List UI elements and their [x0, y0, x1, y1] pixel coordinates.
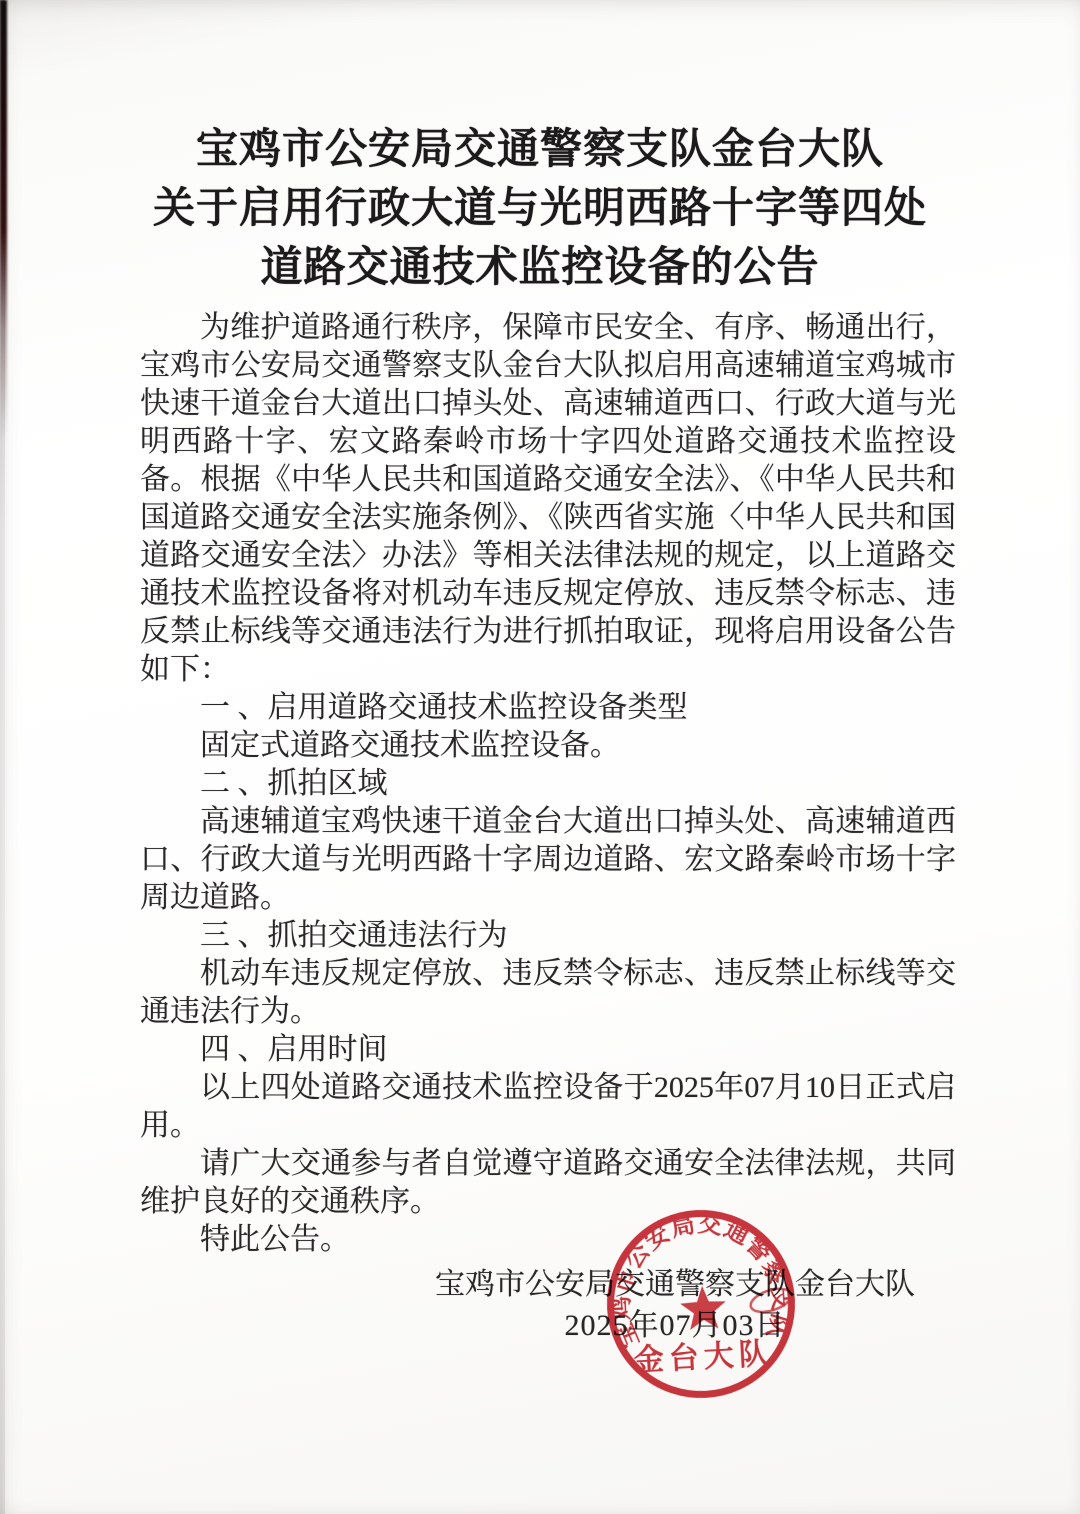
title-line-2: 关于启用行政大道与光明西路十字等四处: [0, 180, 1080, 239]
paragraph-section-4: 以上四处道路交通技术监控设备于2025年07月10日正式启用。: [140, 1069, 956, 1145]
paragraph-section-1: 固定式道路交通技术监控设备。: [140, 727, 956, 765]
heading-section-3: 三 、抓拍交通违法行为: [140, 917, 956, 955]
paragraph-closing-notice: 特此公告。: [140, 1221, 956, 1259]
seal-star-icon: [679, 1285, 727, 1331]
seal-ring-text-holder: 宝鸡市公安局交通警察支队: [603, 1206, 796, 1353]
seal-bottom-text: 金台大队: [633, 1337, 775, 1377]
heading-section-1: 一 、启用道路交通技术监控设备类型: [140, 689, 956, 727]
heading-section-4: 四 、启用时间: [140, 1031, 956, 1069]
title-line-1: 宝鸡市公安局交通警察支队金台大队: [0, 121, 1080, 180]
paragraph-closing-appeal: 请广大交通参与者自觉遵守道路交通安全法律法规，共同维护良好的交通秩序。: [140, 1145, 956, 1221]
document-body: 为维护道路通行秩序，保障市民安全、有序、畅通出行，宝鸡市公安局交通警察支队金台大…: [140, 309, 956, 1259]
heading-section-2: 二 、抓拍区域: [140, 765, 956, 803]
paragraph-section-2: 高速辅道宝鸡快速干道金台大道出口掉头处、高速辅道西口、行政大道与光明西路十字周边…: [140, 803, 956, 917]
photo-edge-shadow: [0, 0, 5, 1514]
paragraph-section-3: 机动车违反规定停放、违反禁令标志、违反禁止标线等交通违法行为。: [140, 955, 956, 1031]
title-line-3: 道路交通技术监控设备的公告: [0, 239, 1080, 298]
official-seal: 宝鸡市公安局交通警察支队 金台大队: [598, 1201, 804, 1407]
announcement-document: 宝鸡市公安局交通警察支队金台大队 关于启用行政大道与光明西路十字等四处 道路交通…: [0, 0, 1080, 1514]
seal-ring-text: 宝鸡市公安局交通警察支队: [603, 1206, 796, 1353]
document-title: 宝鸡市公安局交通警察支队金台大队 关于启用行政大道与光明西路十字等四处 道路交通…: [0, 0, 1080, 298]
paragraph-intro: 为维护道路通行秩序，保障市民安全、有序、畅通出行，宝鸡市公安局交通警察支队金台大…: [140, 309, 956, 689]
